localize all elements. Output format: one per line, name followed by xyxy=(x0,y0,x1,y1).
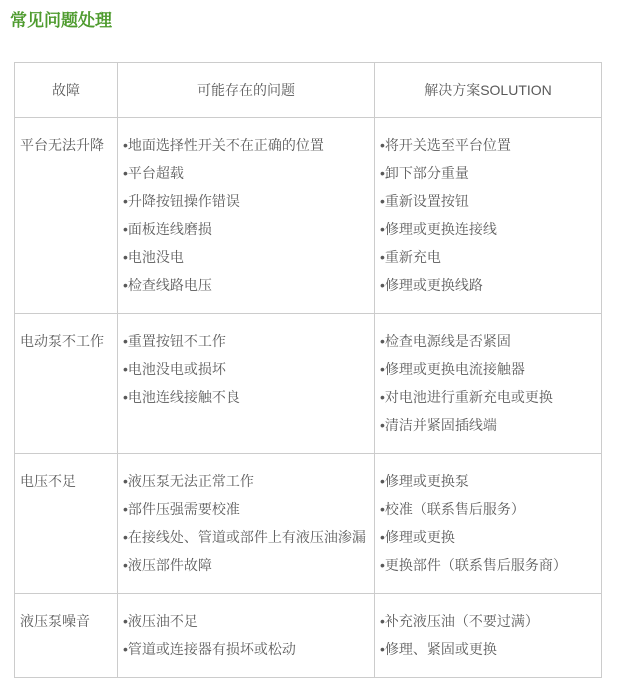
fault-cell: 电动泵不工作 xyxy=(15,314,118,454)
table-header-row: 故障 可能存在的问题 解决方案SOLUTION xyxy=(15,63,602,118)
list-item-text: 校准（联系售后服务） xyxy=(385,501,525,517)
header-fault: 故障 xyxy=(15,63,118,118)
list-item-text: 修理或更换电流接触器 xyxy=(385,361,525,377)
list-item: •检查线路电压 xyxy=(123,271,369,299)
list-item-text: 电池没电或损坏 xyxy=(128,361,226,377)
list-item: •面板连线磨损 xyxy=(123,215,369,243)
table-row: 液压泵噪音•液压油不足•管道或连接器有损坏或松动•补充液压油（不要过满）•修理、… xyxy=(15,594,602,678)
list-item-text: 在接线处、管道或部件上有液压油渗漏 xyxy=(128,529,366,545)
list-item: •电池没电 xyxy=(123,243,369,271)
list-item-text: 管道或连接器有损坏或松动 xyxy=(128,641,296,657)
list-item: •地面选择性开关不在正确的位置 xyxy=(123,131,369,159)
fault-cell: 液压泵噪音 xyxy=(15,594,118,678)
list-item-text: 检查线路电压 xyxy=(128,277,212,293)
list-item-text: 液压部件故障 xyxy=(128,557,212,573)
list-item-text: 部件压强需要校准 xyxy=(128,501,240,517)
table-row: 电压不足•液压泵无法正常工作•部件压强需要校准•在接线处、管道或部件上有液压油渗… xyxy=(15,454,602,594)
list-item: •校准（联系售后服务） xyxy=(380,495,596,523)
list-item-text: 卸下部分重量 xyxy=(385,165,469,181)
list-item-text: 补充液压油（不要过满） xyxy=(385,613,539,629)
fault-label: 电压不足 xyxy=(20,467,112,495)
list-item: •重新充电 xyxy=(380,243,596,271)
list-item-text: 液压泵无法正常工作 xyxy=(128,473,254,489)
list-item-text: 修理或更换线路 xyxy=(385,277,483,293)
table-row: 电动泵不工作•重置按钮不工作•电池没电或损坏•电池连线接触不良•检查电源线是否紧… xyxy=(15,314,602,454)
problems-cell: •重置按钮不工作•电池没电或损坏•电池连线接触不良 xyxy=(118,314,375,454)
troubleshooting-table: 故障 可能存在的问题 解决方案SOLUTION 平台无法升降•地面选择性开关不在… xyxy=(14,62,602,678)
fault-label: 电动泵不工作 xyxy=(20,327,112,355)
fault-label: 平台无法升降 xyxy=(20,131,112,159)
list-item: •将开关选至平台位置 xyxy=(380,131,596,159)
page-title: 常见问题处理 xyxy=(10,10,624,31)
list-item-text: 地面选择性开关不在正确的位置 xyxy=(128,137,324,153)
list-item: •管道或连接器有损坏或松动 xyxy=(123,635,369,663)
list-item: •平台超载 xyxy=(123,159,369,187)
list-item: •修理、紧固或更换 xyxy=(380,635,596,663)
list-item: •更换部件（联系售后服务商） xyxy=(380,551,596,579)
list-item: •重新设置按钮 xyxy=(380,187,596,215)
fault-cell: 电压不足 xyxy=(15,454,118,594)
list-item: •升降按钮操作错误 xyxy=(123,187,369,215)
fault-cell: 平台无法升降 xyxy=(15,118,118,314)
list-item: •修理或更换连接线 xyxy=(380,215,596,243)
list-item: •修理或更换电流接触器 xyxy=(380,355,596,383)
list-item: •液压部件故障 xyxy=(123,551,369,579)
list-item-text: 检查电源线是否紧固 xyxy=(385,333,511,349)
list-item-text: 平台超载 xyxy=(128,165,184,181)
list-item: •对电池进行重新充电或更换 xyxy=(380,383,596,411)
solutions-cell: •补充液压油（不要过满）•修理、紧固或更换 xyxy=(375,594,602,678)
list-item-text: 更换部件（联系售后服务商） xyxy=(385,557,567,573)
solutions-cell: •检查电源线是否紧固•修理或更换电流接触器•对电池进行重新充电或更换•清洁并紧固… xyxy=(375,314,602,454)
header-solutions: 解决方案SOLUTION xyxy=(375,63,602,118)
list-item: •清洁并紧固插线端 xyxy=(380,411,596,439)
list-item: •补充液压油（不要过满） xyxy=(380,607,596,635)
list-item: •重置按钮不工作 xyxy=(123,327,369,355)
list-item: •液压泵无法正常工作 xyxy=(123,467,369,495)
list-item-text: 对电池进行重新充电或更换 xyxy=(385,389,553,405)
list-item-text: 电池连线接触不良 xyxy=(128,389,240,405)
list-item-text: 重置按钮不工作 xyxy=(128,333,226,349)
list-item-text: 清洁并紧固插线端 xyxy=(385,417,497,433)
solutions-cell: •将开关选至平台位置•卸下部分重量•重新设置按钮•修理或更换连接线•重新充电•修… xyxy=(375,118,602,314)
table-body: 平台无法升降•地面选择性开关不在正确的位置•平台超载•升降按钮操作错误•面板连线… xyxy=(15,118,602,678)
list-item: •部件压强需要校准 xyxy=(123,495,369,523)
list-item: •在接线处、管道或部件上有液压油渗漏 xyxy=(123,523,369,551)
problems-cell: •液压泵无法正常工作•部件压强需要校准•在接线处、管道或部件上有液压油渗漏•液压… xyxy=(118,454,375,594)
list-item-text: 修理或更换泵 xyxy=(385,473,469,489)
list-item-text: 液压油不足 xyxy=(128,613,198,629)
solutions-cell: •修理或更换泵•校准（联系售后服务）•修理或更换•更换部件（联系售后服务商） xyxy=(375,454,602,594)
list-item: •卸下部分重量 xyxy=(380,159,596,187)
list-item-text: 面板连线磨损 xyxy=(128,221,212,237)
list-item: •电池连线接触不良 xyxy=(123,383,369,411)
list-item-text: 修理或更换连接线 xyxy=(385,221,497,237)
header-problems: 可能存在的问题 xyxy=(118,63,375,118)
list-item: •检查电源线是否紧固 xyxy=(380,327,596,355)
list-item-text: 修理、紧固或更换 xyxy=(385,641,497,657)
list-item: •修理或更换泵 xyxy=(380,467,596,495)
list-item-text: 将开关选至平台位置 xyxy=(385,137,511,153)
table-row: 平台无法升降•地面选择性开关不在正确的位置•平台超载•升降按钮操作错误•面板连线… xyxy=(15,118,602,314)
problems-cell: •地面选择性开关不在正确的位置•平台超载•升降按钮操作错误•面板连线磨损•电池没… xyxy=(118,118,375,314)
fault-label: 液压泵噪音 xyxy=(20,607,112,635)
list-item: •液压油不足 xyxy=(123,607,369,635)
list-item-text: 升降按钮操作错误 xyxy=(128,193,240,209)
list-item-text: 重新设置按钮 xyxy=(385,193,469,209)
list-item: •电池没电或损坏 xyxy=(123,355,369,383)
list-item: •修理或更换 xyxy=(380,523,596,551)
list-item-text: 修理或更换 xyxy=(385,529,455,545)
problems-cell: •液压油不足•管道或连接器有损坏或松动 xyxy=(118,594,375,678)
list-item: •修理或更换线路 xyxy=(380,271,596,299)
list-item-text: 电池没电 xyxy=(128,249,184,265)
list-item-text: 重新充电 xyxy=(385,249,441,265)
